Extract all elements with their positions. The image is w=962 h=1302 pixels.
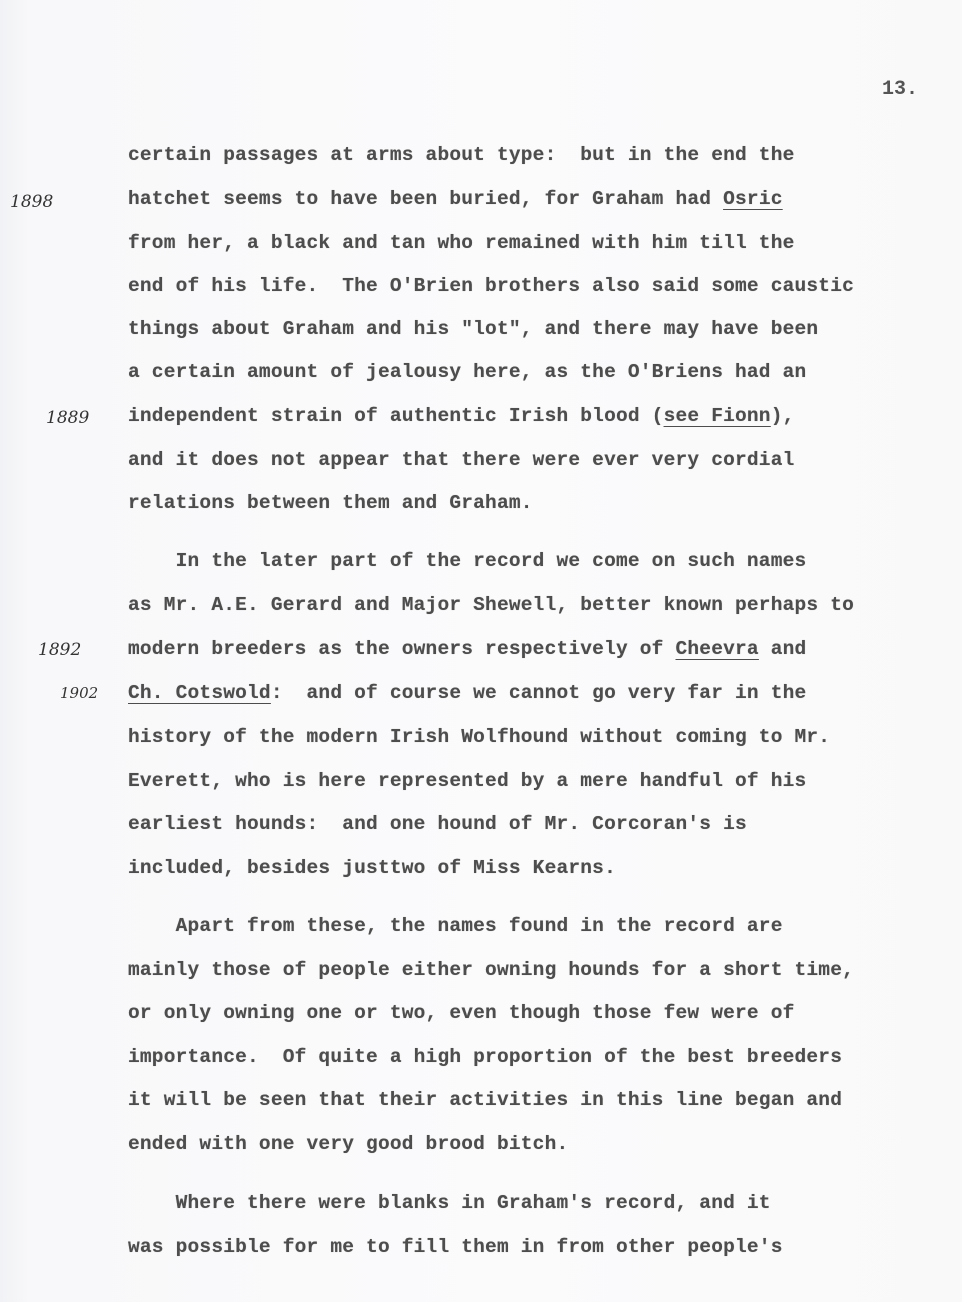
text-line: Ch. Cotswold: and of course we cannot go…: [128, 682, 806, 704]
text-line: relations between them and Graham.: [128, 492, 533, 514]
text-line: Everett, who is here represented by a me…: [128, 770, 806, 792]
text-line: from her, a black and tan who remained w…: [128, 232, 795, 254]
text-line: importance. Of quite a high proportion o…: [128, 1046, 842, 1068]
text-line: certain passages at arms about type: but…: [128, 144, 795, 166]
margin-note-year: 1898: [10, 192, 53, 212]
page-number: 13.: [882, 78, 918, 101]
text-line: ended with one very good brood bitch.: [128, 1133, 568, 1155]
text-line: independent strain of authentic Irish bl…: [128, 405, 795, 427]
margin-note-year: 1902: [60, 684, 98, 702]
text-segment: : and of course we cannot go very far in…: [271, 682, 807, 704]
text-line: included, besides justtwo of Miss Kearns…: [128, 857, 616, 879]
text-segment: ),: [771, 405, 795, 427]
text-line: history of the modern Irish Wolfhound wi…: [128, 726, 830, 748]
text-segment: hatchet seems to have been buried, for G…: [128, 188, 723, 210]
text-line: modern breeders as the owners respective…: [128, 638, 806, 660]
document-page: 13. 1898 1889 1892 1902 certain passages…: [0, 0, 962, 1302]
text-segment: modern breeders as the owners respective…: [128, 638, 676, 660]
text-line: was possible for me to fill them in from…: [128, 1236, 783, 1258]
margin-note-year: 1889: [46, 408, 89, 428]
hound-name-cotswold: Ch. Cotswold: [128, 682, 271, 704]
text-line: as Mr. A.E. Gerard and Major Shewell, be…: [128, 594, 854, 616]
text-segment: and: [759, 638, 807, 660]
hound-name-cheevra: Cheevra: [676, 638, 759, 660]
text-line: Apart from these, the names found in the…: [128, 915, 783, 937]
text-line: earliest hounds: and one hound of Mr. Co…: [128, 813, 747, 835]
text-line: a certain amount of jealousy here, as th…: [128, 361, 806, 383]
text-segment: independent strain of authentic Irish bl…: [128, 405, 664, 427]
text-line: Where there were blanks in Graham's reco…: [128, 1192, 771, 1214]
text-line: In the later part of the record we come …: [128, 550, 806, 572]
text-line: hatchet seems to have been buried, for G…: [128, 188, 783, 210]
text-line: end of his life. The O'Brien brothers al…: [128, 275, 854, 297]
text-line: things about Graham and his "lot", and t…: [128, 318, 818, 340]
hound-name-osric: Osric: [723, 188, 783, 210]
text-line: or only owning one or two, even though t…: [128, 1002, 795, 1024]
text-line: and it does not appear that there were e…: [128, 449, 795, 471]
text-line: mainly those of people either owning hou…: [128, 959, 854, 981]
reference-see-fionn: see Fionn: [664, 405, 771, 427]
margin-note-year: 1892: [38, 640, 81, 660]
text-line: it will be seen that their activities in…: [128, 1089, 842, 1111]
